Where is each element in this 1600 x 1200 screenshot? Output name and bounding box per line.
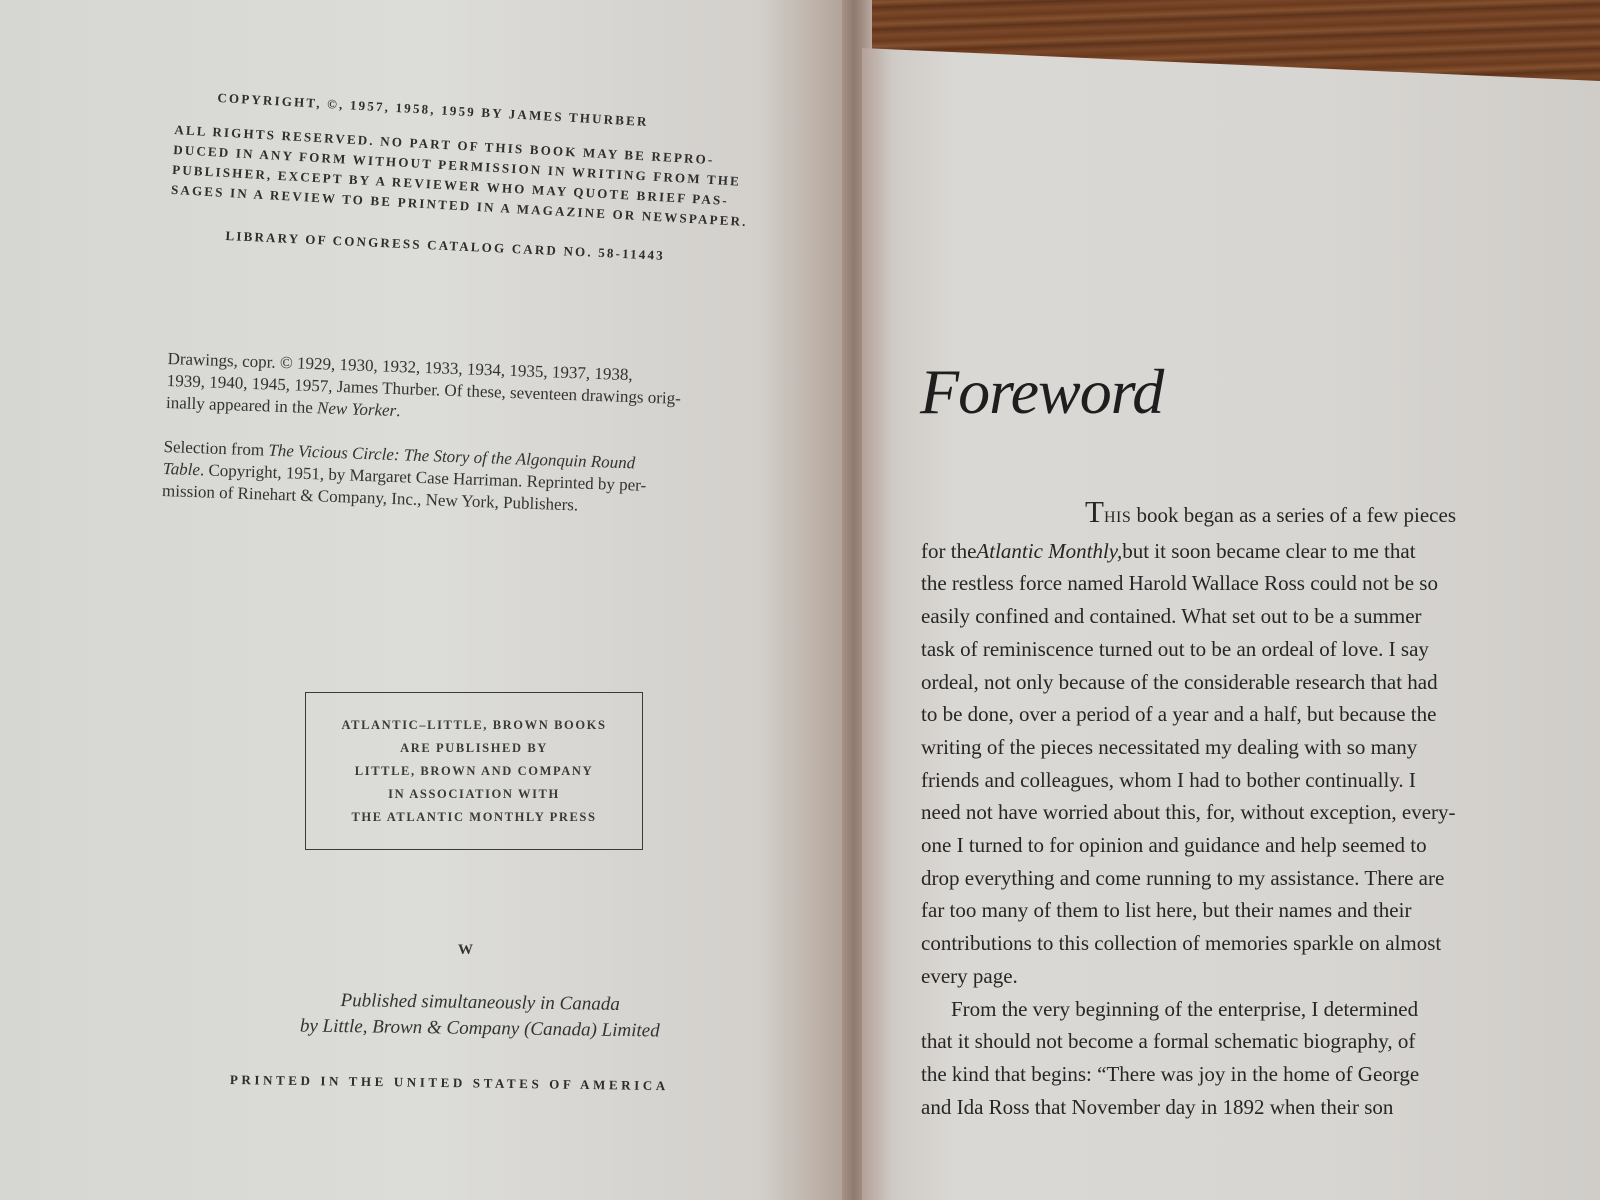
text-line: need not have worried about this, for, w…: [921, 796, 1547, 829]
text-line: the kind that begins: “There was joy in …: [921, 1058, 1547, 1091]
drawings-text: .: [396, 401, 401, 420]
colophon-mark: W: [458, 942, 473, 959]
library-of-congress-number: LIBRARY OF CONGRESS CATALOG CARD NO. 58-…: [225, 226, 745, 270]
text-line: This book began as a series of a few pie…: [921, 496, 1547, 535]
text-line: friends and colleagues, whom I had to bo…: [921, 764, 1547, 797]
foreword-body: This book began as a series of a few pie…: [921, 496, 1547, 1123]
vicious-circle-title: Table: [163, 459, 201, 479]
small-caps-word: his: [1104, 509, 1131, 526]
text-line: that it should not become a formal schem…: [921, 1025, 1547, 1058]
text-line: and Ida Ross that November day in 1892 w…: [921, 1091, 1547, 1124]
publisher-line: ATLANTIC–LITTLE, BROWN BOOKS: [341, 714, 606, 737]
text-line: the restless force named Harold Wallace …: [921, 567, 1547, 600]
publisher-box: ATLANTIC–LITTLE, BROWN BOOKS ARE PUBLISH…: [305, 692, 643, 850]
text-line: From the very beginning of the enterpris…: [921, 993, 1547, 1026]
text-line: ordeal, not only because of the consider…: [921, 666, 1547, 699]
publisher-line: ARE PUBLISHED BY: [400, 737, 548, 760]
new-yorker-title: New Yorker: [317, 398, 397, 420]
text-line: contributions to this collection of memo…: [921, 927, 1547, 960]
text-line: writing of the pieces necessitated my de…: [921, 731, 1547, 764]
rights-reserved-notice: ALL RIGHTS RESERVED. NO PART OF THIS BOO…: [171, 120, 785, 234]
text-line: every page.: [921, 960, 1547, 993]
foreword-title: Foreword: [920, 355, 1163, 429]
atlantic-monthly-title: Atlantic Monthly,: [976, 535, 1122, 568]
publisher-line: THE ATLANTIC MONTHLY PRESS: [351, 806, 596, 829]
drawings-copyright: Drawings, copr. © 1929, 1930, 1932, 1933…: [166, 348, 788, 436]
drop-cap: T: [1085, 494, 1104, 529]
selection-text: Selection from: [163, 437, 268, 460]
drawings-text: inally appeared in the: [166, 393, 318, 417]
first-phrase: This book began as a series of a few pie…: [1085, 496, 1456, 535]
selection-credit: Selection from The Vicious Circle: The S…: [162, 436, 788, 524]
text-line: task of reminiscence turned out to be an…: [921, 633, 1547, 666]
text-line: to be done, over a period of a year and …: [921, 698, 1547, 731]
publisher-line: IN ASSOCIATION WITH: [388, 783, 560, 806]
canada-line: by Little, Brown & Company (Canada) Limi…: [250, 1013, 710, 1045]
text-line: one I turned to for opinion and guidance…: [921, 829, 1547, 862]
publisher-line: LITTLE, BROWN AND COMPANY: [355, 760, 593, 783]
text-line: drop everything and come running to my a…: [921, 862, 1547, 895]
left-page-copyright: COPYRIGHT, ©, 1957, 1958, 1959 BY JAMES …: [0, 0, 862, 1200]
canada-publication-note: Published simultaneously in Canada by Li…: [250, 987, 711, 1045]
line-text: but it soon became clear to me that: [1122, 535, 1415, 568]
text-line: for the Atlantic Monthly, but it soon be…: [921, 535, 1547, 568]
text-line: far too many of them to list here, but t…: [921, 894, 1547, 927]
line-text: book began as a series of a few pieces: [1131, 503, 1456, 527]
printed-in-usa: PRINTED IN THE UNITED STATES OF AMERICA: [230, 1072, 669, 1094]
text-line: easily confined and contained. What set …: [921, 600, 1547, 633]
line-text: for the: [921, 535, 976, 568]
